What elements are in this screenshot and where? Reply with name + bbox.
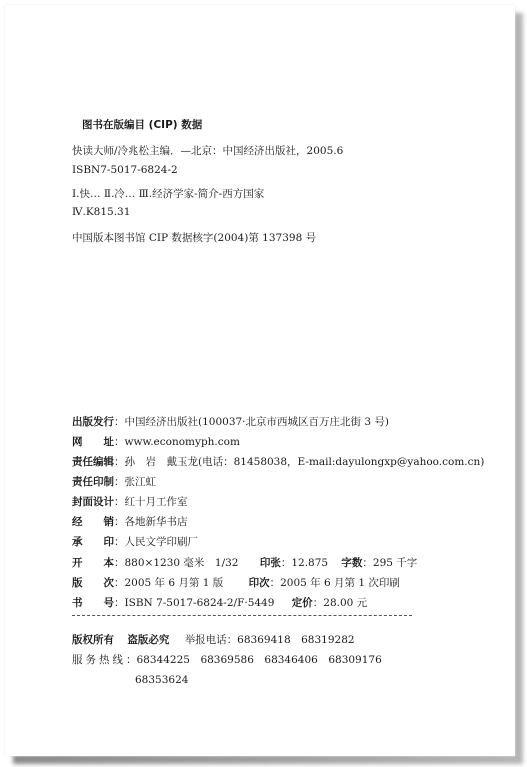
cip-line-isbn: ISBN7-5017-6824-2: [72, 163, 178, 177]
editor-value: ：孙 岩 戴玉龙(电话：81458038，E-mail:dayulongxp@y…: [114, 456, 484, 468]
cip-line-classification: Ⅳ.K815.31: [72, 205, 130, 219]
distributor-value: ：各地新华书店: [114, 516, 188, 528]
service-row: 服务热线：68344225 68369586 68346406 68309176: [72, 653, 382, 667]
book-number-label: 书 号: [72, 596, 114, 610]
distributor-row: 经 销：各地新华书店: [72, 515, 188, 529]
cip-line-record-number: 中国版本图书馆 CIP 数据核字(2004)第 137398 号: [72, 231, 316, 245]
format-label: 开 本: [72, 556, 114, 570]
service-label: 服务热线: [72, 654, 126, 666]
distributor-label: 经 销: [72, 515, 114, 529]
format-value: ：880×1230 毫米 1/32: [114, 557, 238, 569]
editor-row: 责任编辑：孙 岩 戴玉龙(电话：81458038，E-mail:dayulong…: [72, 455, 484, 469]
cover-design-value: ：红十月工作室: [114, 496, 188, 508]
impression-label: 印次: [249, 576, 270, 590]
piracy-text: 盗版必究: [127, 634, 169, 646]
cover-design-label: 封面设计: [72, 495, 114, 509]
book-number-row: 书 号：ISBN 7-5017-6824-2/F·5449 定价：28.00 元: [72, 596, 367, 610]
printer-value: ：人民文学印刷厂: [114, 536, 198, 548]
book-number-value: ：ISBN 7-5017-6824-2/F·5449: [114, 597, 274, 609]
service-extra-number: 68353624: [135, 673, 188, 687]
publisher-label: 出版发行: [72, 415, 114, 429]
report-numbers: ：68369418 68319282: [227, 634, 355, 646]
rights-row: 版权所有 盗版必究 举报电话：68369418 68319282: [72, 633, 355, 647]
printing-editor-row: 责任印制：张江虹: [72, 475, 156, 489]
report-label: 举报电话: [185, 634, 227, 646]
website-row: 网 址：www.economyph.com: [72, 435, 240, 449]
rights-text: 版权所有: [72, 634, 114, 646]
printer-label: 承 印: [72, 535, 114, 549]
edition-row: 版 次：2005 年 6 月第 1 版 印次：2005 年 6 月第 1 次印刷: [72, 576, 400, 590]
sheets-value: ：12.875: [281, 557, 328, 569]
editor-label: 责任编辑: [72, 455, 114, 469]
printing-editor-value: ：张江虹: [114, 476, 156, 488]
publisher-value: ：中国经济出版社(100037·北京市西城区百万庄北街 3 号): [114, 416, 389, 428]
price-value: ：28.00 元: [313, 597, 367, 609]
impression-value: ：2005 年 6 月第 1 次印刷: [270, 577, 400, 589]
cover-design-row: 封面设计：红十月工作室: [72, 495, 188, 509]
service-numbers: ：68344225 68369586 68346406 68309176: [126, 654, 382, 666]
words-value: ：295 千字: [362, 557, 417, 569]
words-label: 字数: [341, 556, 362, 570]
format-row: 开 本：880×1230 毫米 1/32 印张：12.875 字数：295 千字: [72, 556, 417, 570]
edition-value: ：2005 年 6 月第 1 版: [114, 577, 223, 589]
printer-row: 承 印：人民文学印刷厂: [72, 535, 198, 549]
publisher-row: 出版发行：中国经济出版社(100037·北京市西城区百万庄北街 3 号): [72, 415, 389, 429]
edition-label: 版 次: [72, 576, 114, 590]
cip-line-title: 快读大师/冷兆松主编．—北京：中国经济出版社，2005.6: [72, 144, 343, 158]
price-label: 定价: [292, 596, 313, 610]
sheets-label: 印张: [260, 556, 281, 570]
website-value: ：www.economyph.com: [114, 436, 240, 448]
cip-line-subjects: Ⅰ.快… Ⅱ.冷… Ⅲ.经济学家-简介-西方国家: [72, 187, 264, 201]
section-divider: [72, 615, 412, 616]
website-label: 网 址: [72, 435, 114, 449]
cip-heading: 图书在版编目 (CIP) 数据: [82, 118, 202, 132]
printing-editor-label: 责任印制: [72, 475, 114, 489]
